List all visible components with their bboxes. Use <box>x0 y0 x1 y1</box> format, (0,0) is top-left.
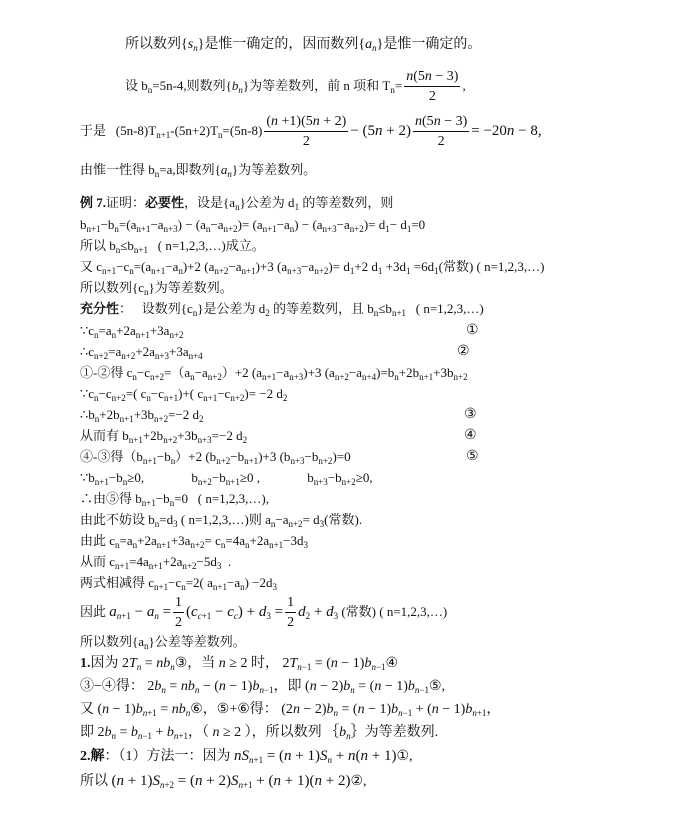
text-line: 从而 cn+1=4an+1+2an+2−5d3 . <box>80 555 231 571</box>
text-line: 由惟一性得 bn=a,即数列{an}为等差数列。 <box>80 163 316 179</box>
text-line: 所以 (n + 1)Sn+2 = (n + 2)Sn+1 + (n + 1)(n… <box>80 774 367 790</box>
text-line: 由此 cn=an+2an+1+3an+2= cn=4an+2an+1−3d3 <box>80 534 308 550</box>
text-line: ∵cn−cn+2=( cn−cn+1)+( cn+1−cn+2)= −2 d2 <box>80 387 287 403</box>
text-line: 2.解：（1）方法一：因为 nSn+1 = (n + 1)Sn + n(n + … <box>80 749 413 765</box>
text-line: 所以数列{cn}为等差数列。 <box>80 281 233 297</box>
circled-marker-5: ⑤ <box>466 448 479 465</box>
text-line: ∴bn+2bn+1+3bn+2=−2 d2 <box>80 408 204 424</box>
text-line: ∵cn=an+2an+1+3an+2 <box>80 324 184 340</box>
text-line: 即 2bn = bn−1 + bn+1，（ n ≥ 2 ），所以数列 ｛bn｝为… <box>80 726 438 741</box>
circled-marker-4: ④ <box>464 427 477 444</box>
text-line: 所以数列{sn}是惟一确定的，因而数列{an}是惟一确定的。 <box>125 38 481 53</box>
text-line: 充分性： 设数列{cn}是公差为 d2 的等差数列，且 bn≤bn+1 ( n=… <box>80 302 484 318</box>
question-2-label: 2.解 <box>80 749 105 764</box>
sufficiency-label: 充分性 <box>80 301 119 316</box>
example-label: 例 7. <box>80 195 106 210</box>
text-line: bn+1−bn=(an+1−an+3) − (an−an+2)= (an+1−a… <box>80 218 425 234</box>
text-line: 所以数列{an}公差等差数列。 <box>80 635 246 651</box>
circled-marker-1: ① <box>466 322 479 339</box>
text-line: ①-②得 cn−cn+2=（an−an+2）+2 (an+1−an+3)+3 (… <box>80 366 468 382</box>
text-line: 从而有 bn+1+2bn+2+3bn+3=−2 d2 <box>80 429 247 445</box>
text-line: 因此 an+1 − an =12(cc+1 − cc) + d3 =12d2 +… <box>80 596 447 630</box>
text-line: 又 (n − 1)bn+1 = nbn⑥，⑤+⑥得： (2n − 2)bn = … <box>80 703 500 718</box>
text-line: ③−④得： 2bn = nbn − (n − 1)bn−1，即 (n − 2)b… <box>80 680 445 695</box>
text-line: 所以 bn≤bn+1 ( n=1,2,3,…)成立。 <box>80 239 265 255</box>
circled-marker-2: ② <box>457 343 470 360</box>
question-1-label: 1. <box>80 656 91 671</box>
text-line: ④-③得（bn+1−bn）+2 (bn+2−bn+1)+3 (bn+3−bn+2… <box>80 450 351 466</box>
text-line: ∴cn+2=an+2+2an+3+3an+4 <box>80 345 203 361</box>
text-line: ∵bn+1−bn≥0, bn+2−bn+1≥0 , bn+3−bn+2≥0, <box>80 471 373 487</box>
text-line: 又 cn+1−cn=(an+1−an)+2 (an+2−an+1)+3 (an+… <box>80 260 545 276</box>
circled-marker-3: ③ <box>464 406 477 423</box>
text-line: 由此不妨设 bn=d3 ( n=1,2,3,…)则 an−an+2= d3(常数… <box>80 513 362 529</box>
text-line: 设 bn=5n-4,则数列{bn}为等差数列，前 n 项和 Tn=n(5n − … <box>125 70 466 104</box>
text-line: 于是 (5n-8)Tn+1-(5n+2)Tn=(5n-8)(n +1)(5n +… <box>80 115 542 149</box>
text-line: 两式相减得 cn+1−cn=2( an+1−an) −2d3 <box>80 576 277 592</box>
text-line: ∴由⑤得 bn+1−bn=0 ( n=1,2,3,…), <box>80 492 269 508</box>
necessity-label: 必要性 <box>145 195 184 210</box>
text-line: 例 7.证明：必要性，设是{an}公差为 d1 的等差数列，则 <box>80 196 393 212</box>
text-line: 1.因为 2Tn = nbn③，当 n ≥ 2 时， 2Tn−1 = (n − … <box>80 657 398 672</box>
